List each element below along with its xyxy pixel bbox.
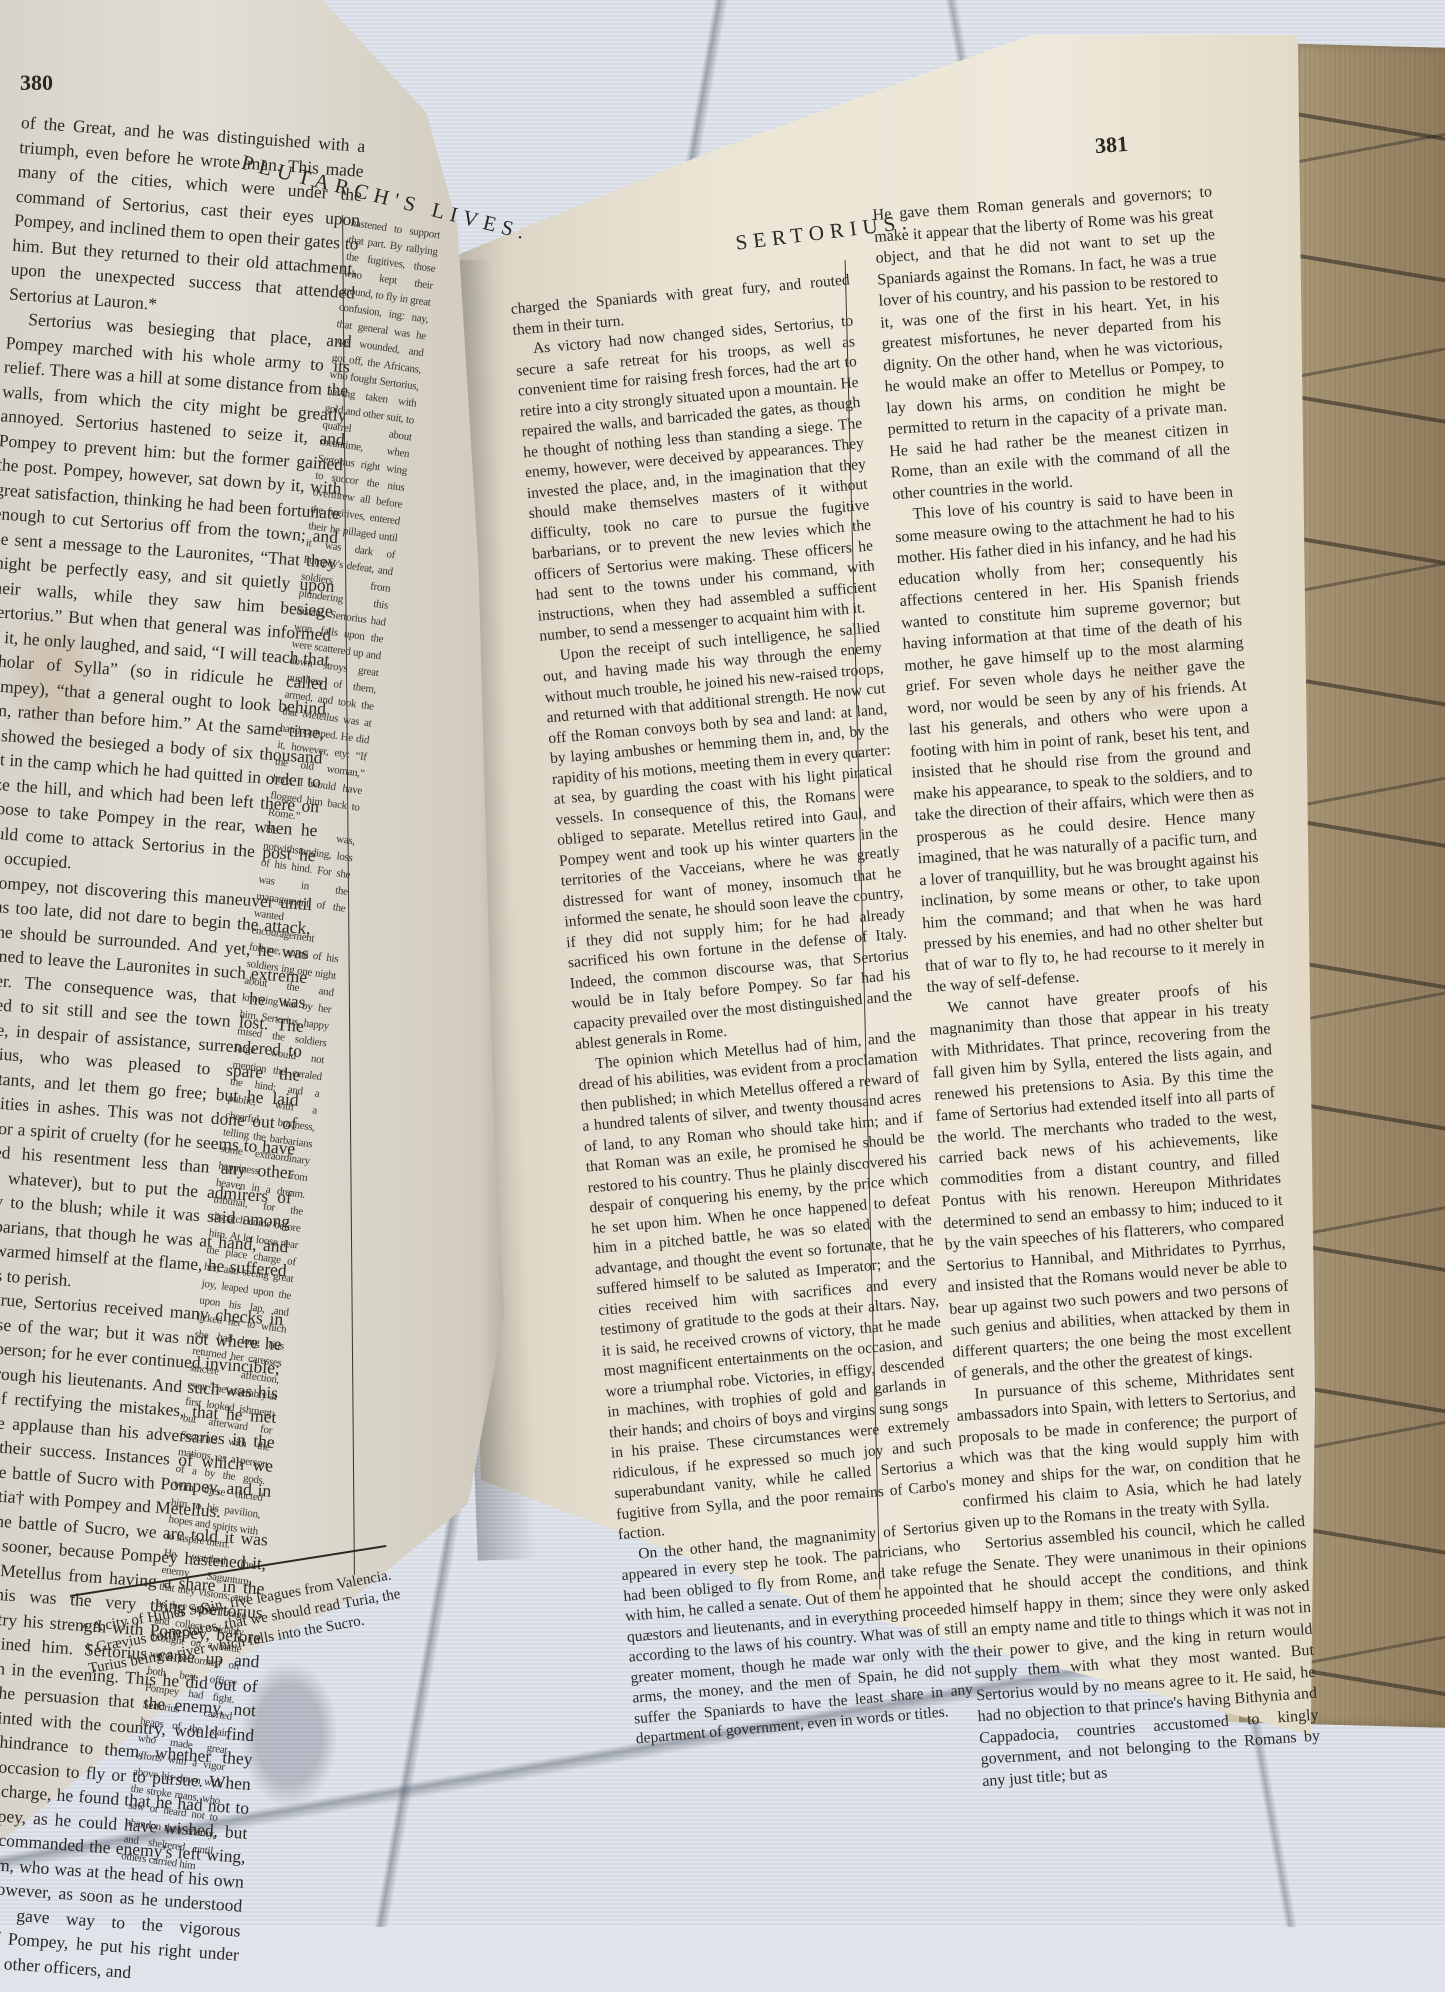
paragraph: Upon the receipt of such intelligence, h… (540, 618, 914, 1056)
right-page-number: 381 (1094, 131, 1129, 159)
paragraph: of the Great, and he was distinguished w… (8, 110, 366, 330)
paragraph: He gave them Roman generals and governor… (872, 181, 1232, 505)
paragraph: In pursuance of this scheme, Mithridates… (954, 1361, 1304, 1535)
left-page-number: 380 (20, 70, 53, 96)
paragraph: Sertorius assembled his council, which h… (965, 1511, 1322, 1792)
paragraph: As victory had now changed sides, Sertor… (514, 311, 880, 647)
paragraph: We cannot have greater proofs of his mag… (927, 975, 1293, 1385)
paragraph: This love of his country is said to have… (893, 482, 1267, 999)
paragraph: The opinion which Metellus had of him, a… (576, 1026, 958, 1546)
paragraph: On the other hand, the magnanimity of Se… (619, 1516, 976, 1750)
